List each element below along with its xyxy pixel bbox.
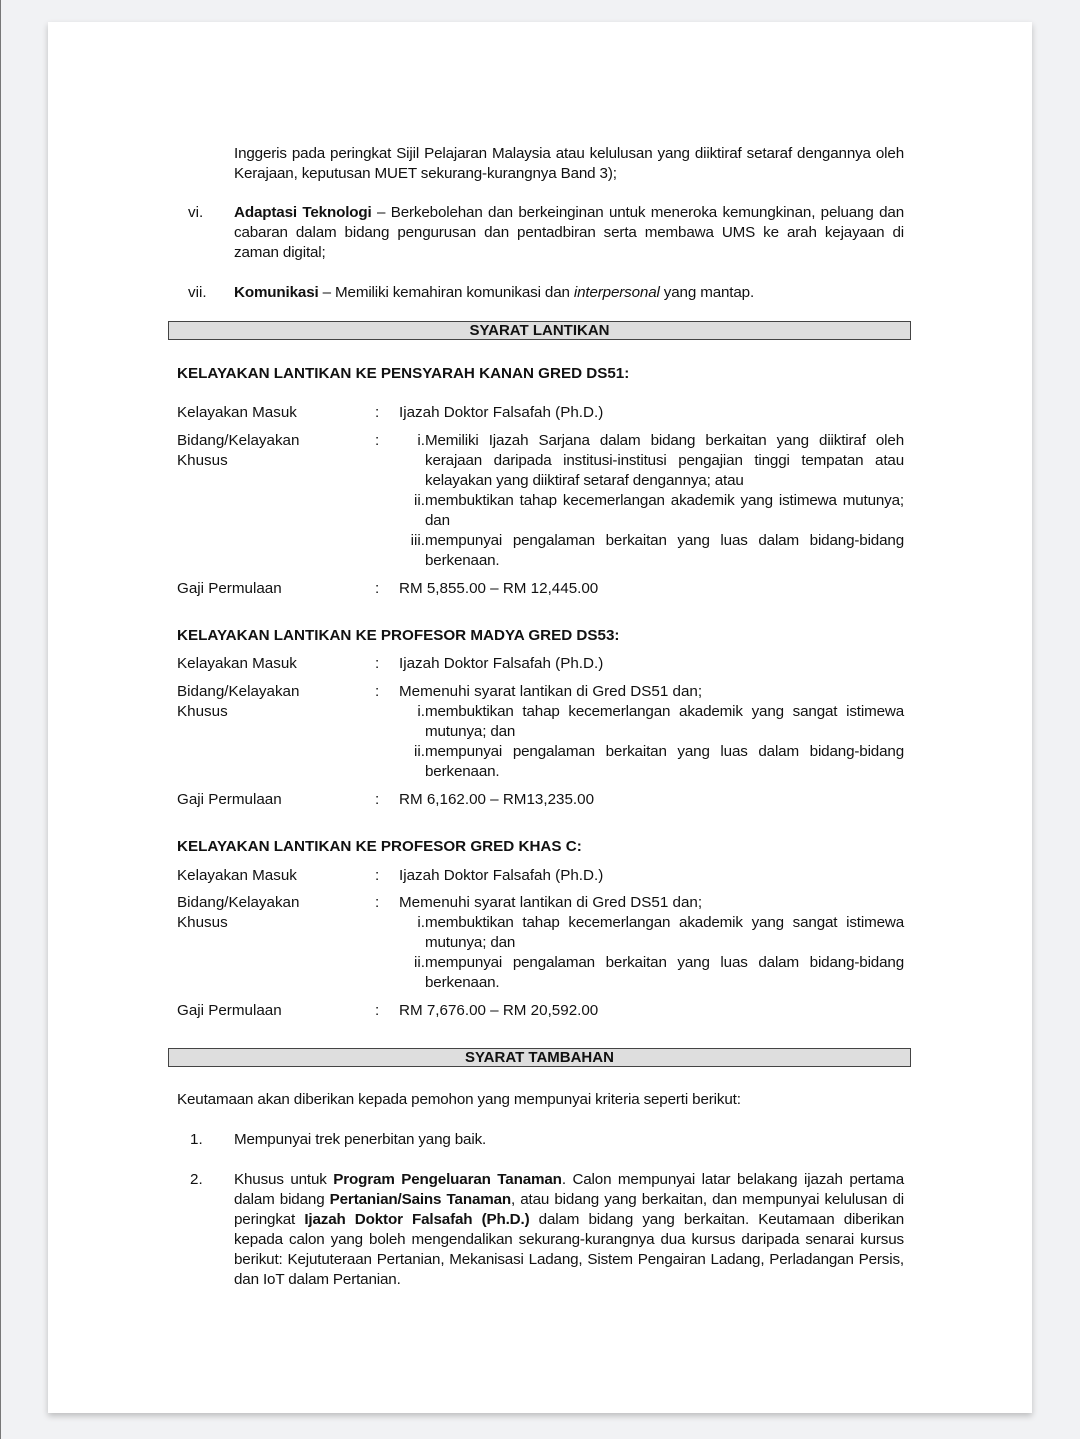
label-gaji-permulaan: Gaji Permulaan — [177, 1001, 367, 1021]
colon: : — [375, 790, 379, 810]
label-line: Bidang/Kelayakan — [177, 893, 367, 913]
criteria-item: Mempunyai trek penerbitan yang baik. — [234, 1130, 904, 1150]
value-kelayakan-masuk: Ijazah Doktor Falsafah (Ph.D.) — [399, 866, 603, 886]
criteria-bold: Ijazah Doktor Falsafah (Ph.D.) — [304, 1211, 529, 1228]
requirement-item: ii. membuktikan tahap kecemerlangan akad… — [399, 491, 904, 531]
colon: : — [375, 682, 379, 702]
label-gaji-permulaan: Gaji Permulaan — [177, 579, 367, 599]
competency-title: Komunikasi — [234, 284, 319, 301]
requirement-item: i. Memiliki Ijazah Sarjana dalam bidang … — [399, 431, 904, 491]
requirement-number: ii. — [399, 742, 425, 762]
label-line: Khusus — [177, 702, 367, 722]
label-bidang-kelayakan: Bidang/Kelayakan Khusus — [177, 431, 367, 471]
value-gaji-permulaan: RM 7,676.00 – RM 20,592.00 — [399, 1001, 598, 1021]
requirement-text: membuktikan tahap kecemerlangan akademik… — [425, 913, 904, 953]
requirement-intro: Memenuhi syarat lantikan di Gred DS51 da… — [399, 893, 702, 913]
value-kelayakan-masuk: Ijazah Doktor Falsafah (Ph.D.) — [399, 654, 603, 674]
syarat-tambahan-intro: Keutamaan akan diberikan kepada pemohon … — [177, 1090, 907, 1110]
criteria-bold: Pertanian/Sains Tanaman — [330, 1191, 511, 1208]
viewer-left-edge — [0, 0, 1, 1439]
requirement-number: ii. — [399, 491, 425, 511]
colon: : — [375, 1001, 379, 1021]
requirement-text: Memiliki Ijazah Sarjana dalam bidang ber… — [425, 431, 904, 491]
requirement-item: i. membuktikan tahap kecemerlangan akade… — [399, 702, 904, 742]
competency-text: – Memiliki kemahiran komunikasi dan — [319, 284, 574, 301]
competency-adaptasi-teknologi: Adaptasi Teknologi – Berkebolehan dan be… — [234, 203, 904, 263]
colon: : — [375, 579, 379, 599]
requirement-number: i. — [399, 702, 425, 722]
label-bidang-kelayakan: Bidang/Kelayakan Khusus — [177, 682, 367, 722]
requirement-number: ii. — [399, 953, 425, 973]
continuation-paragraph: Inggeris pada peringkat Sijil Pelajaran … — [234, 144, 904, 184]
label-kelayakan-masuk: Kelayakan Masuk — [177, 403, 367, 423]
competency-italic: interpersonal — [574, 284, 660, 301]
colon: : — [375, 866, 379, 886]
colon: : — [375, 403, 379, 423]
requirement-item: i. membuktikan tahap kecemerlangan akade… — [399, 913, 904, 953]
colon: : — [375, 654, 379, 674]
label-gaji-permulaan: Gaji Permulaan — [177, 790, 367, 810]
requirement-number: iii. — [399, 531, 425, 551]
requirement-number: i. — [399, 913, 425, 933]
requirement-intro: Memenuhi syarat lantikan di Gred DS51 da… — [399, 682, 702, 702]
colon: : — [375, 431, 379, 451]
requirement-text: membuktikan tahap kecemerlangan akademik… — [425, 702, 904, 742]
competency-komunikasi: Komunikasi – Memiliki kemahiran komunika… — [234, 283, 904, 303]
section-heading-ds53: KELAYAKAN LANTIKAN KE PROFESOR MADYA GRE… — [177, 626, 619, 646]
label-kelayakan-masuk: Kelayakan Masuk — [177, 654, 367, 674]
criteria-text: Khusus untuk — [234, 1171, 333, 1188]
requirement-item: ii. mempunyai pengalaman berkaitan yang … — [399, 953, 904, 993]
criteria-item: Khusus untuk Program Pengeluaran Tanaman… — [234, 1170, 904, 1290]
criteria-bold: Program Pengeluaran Tanaman — [333, 1171, 562, 1188]
label-kelayakan-masuk: Kelayakan Masuk — [177, 866, 367, 886]
colon: : — [375, 893, 379, 913]
requirement-number: i. — [399, 431, 425, 451]
section-heading-khas-c: KELAYAKAN LANTIKAN KE PROFESOR GRED KHAS… — [177, 837, 582, 857]
label-line: Bidang/Kelayakan — [177, 682, 367, 702]
label-line: Bidang/Kelayakan — [177, 431, 367, 451]
requirement-text: membuktikan tahap kecemerlangan akademik… — [425, 491, 904, 531]
competency-text: yang mantap. — [660, 284, 754, 301]
competency-number: vii. — [188, 283, 207, 303]
section-banner-syarat-lantikan: SYARAT LANTIKAN — [168, 321, 911, 340]
requirement-item: ii. mempunyai pengalaman berkaitan yang … — [399, 742, 904, 782]
section-banner-syarat-tambahan: SYARAT TAMBAHAN — [168, 1048, 911, 1067]
value-gaji-permulaan: RM 5,855.00 – RM 12,445.00 — [399, 579, 598, 599]
requirement-text: mempunyai pengalaman berkaitan yang luas… — [425, 742, 904, 782]
competency-number: vi. — [188, 203, 203, 223]
criteria-number: 1. — [190, 1130, 203, 1150]
section-heading-ds51: KELAYAKAN LANTIKAN KE PENSYARAH KANAN GR… — [177, 364, 629, 384]
requirement-text: mempunyai pengalaman berkaitan yang luas… — [425, 531, 904, 571]
value-gaji-permulaan: RM 6,162.00 – RM13,235.00 — [399, 790, 594, 810]
competency-title: Adaptasi Teknologi — [234, 204, 372, 221]
document-page: Inggeris pada peringkat Sijil Pelajaran … — [48, 22, 1032, 1413]
value-kelayakan-masuk: Ijazah Doktor Falsafah (Ph.D.) — [399, 403, 603, 423]
label-line: Khusus — [177, 913, 367, 933]
label-line: Khusus — [177, 451, 367, 471]
label-bidang-kelayakan: Bidang/Kelayakan Khusus — [177, 893, 367, 933]
requirement-text: mempunyai pengalaman berkaitan yang luas… — [425, 953, 904, 993]
requirement-item: iii. mempunyai pengalaman berkaitan yang… — [399, 531, 904, 571]
criteria-number: 2. — [190, 1170, 203, 1190]
